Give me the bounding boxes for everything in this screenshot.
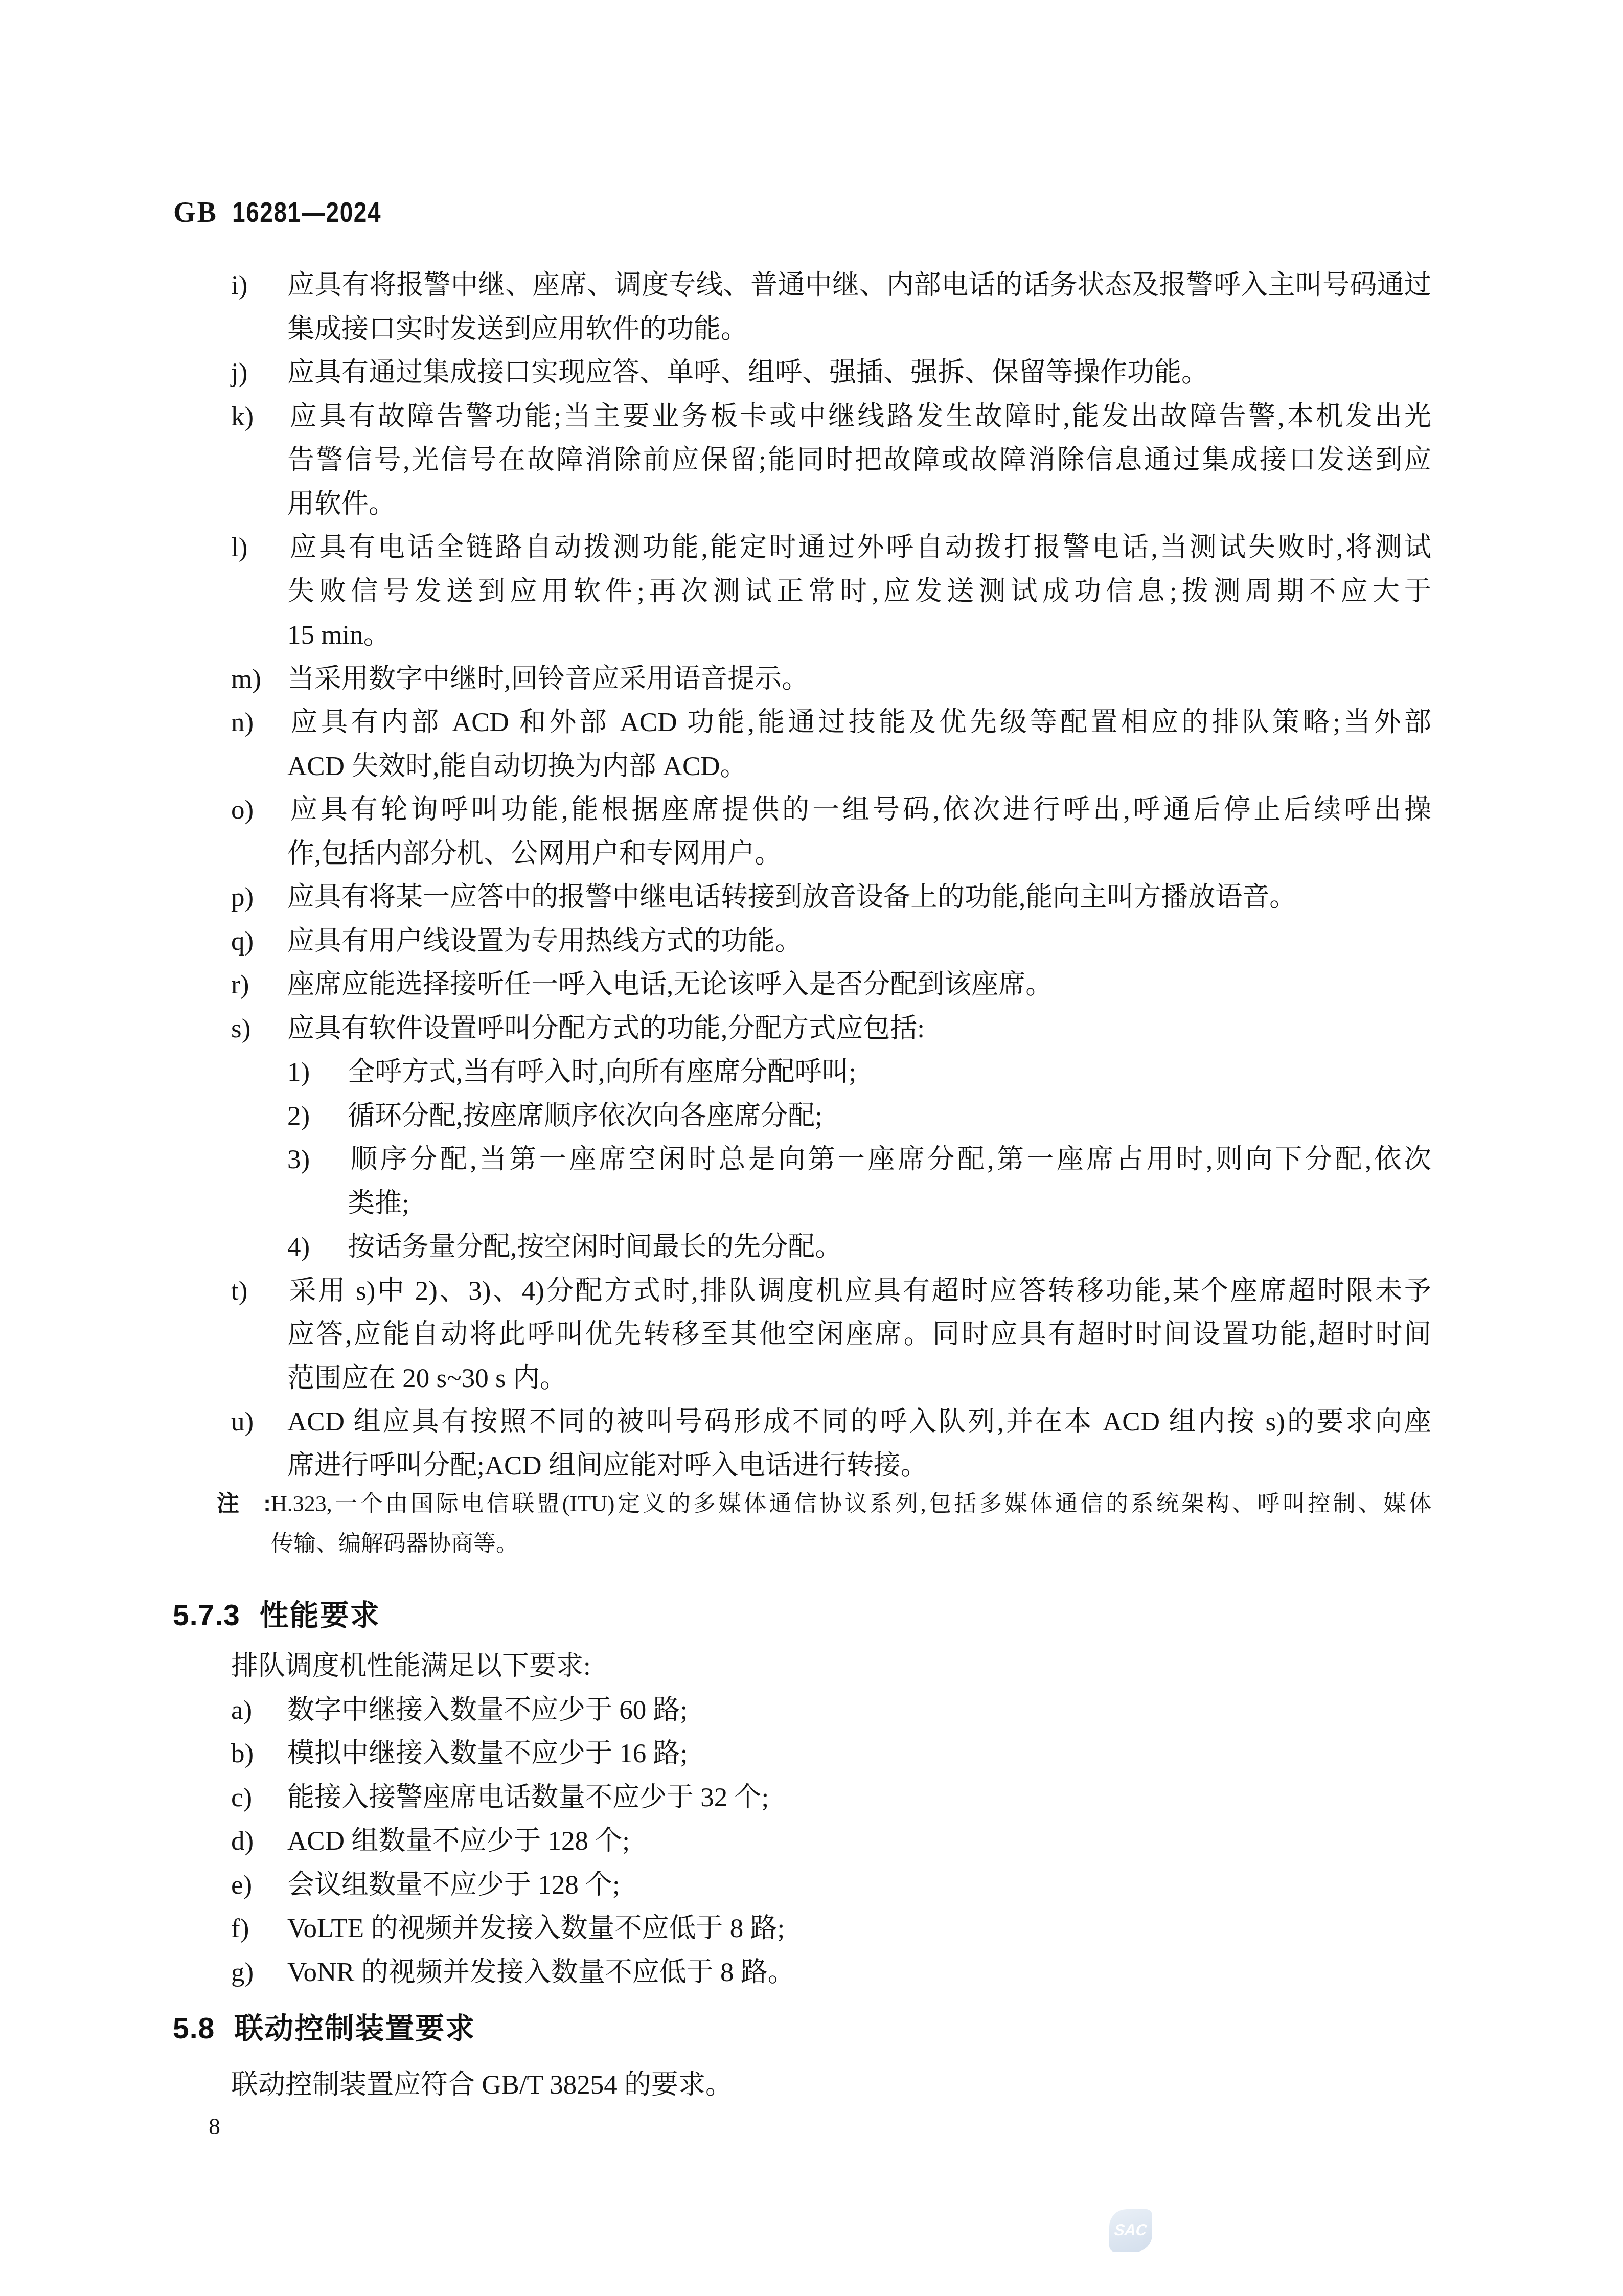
list-item-label: 1) bbox=[287, 1051, 348, 1095]
list-item-text: 应具有用户线设置为专用热线方式的功能。 bbox=[287, 926, 802, 956]
note-label: 注: bbox=[217, 1486, 271, 1522]
list-item-text: ACD 失效时,能自动切换为内部 ACD。 bbox=[287, 752, 747, 781]
list-item-label: a) bbox=[231, 1689, 287, 1733]
list-item-label: d) bbox=[231, 1820, 287, 1863]
list-item-label: e) bbox=[231, 1863, 287, 1907]
list-item-label: 4) bbox=[287, 1225, 348, 1269]
standard-number-header: GB16281—2024 bbox=[173, 196, 414, 229]
list-item-label: i) bbox=[231, 264, 287, 308]
list-item-label: f) bbox=[231, 1907, 287, 1951]
list-item-text: 应具有内部 ACD 和外部 ACD 功能,能通过技能及优先级等配置相应的排队策略… bbox=[287, 708, 1431, 737]
list-item-text: 模拟中继接入数量不应少于 16 路; bbox=[287, 1739, 688, 1768]
text-line: 15 min。 bbox=[287, 613, 391, 657]
list-item-label: s) bbox=[231, 1007, 287, 1051]
text-line: 用软件。 bbox=[287, 483, 396, 527]
text-line: q)应具有用户线设置为专用热线方式的功能。 bbox=[231, 920, 802, 964]
list-item-text: 应具有通过集成接口实现应答、单呼、组呼、强插、强拆、保留等操作功能。 bbox=[287, 358, 1208, 388]
performance-line: f)VoLTE 的视频并发接入数量不应低于 8 路; bbox=[231, 1907, 785, 1951]
text-line: m)当采用数字中继时,回铃音应采用语音提示。 bbox=[231, 657, 809, 701]
list-item-text: ACD 组数量不应少于 128 个; bbox=[287, 1826, 630, 1856]
performance-line: d)ACD 组数量不应少于 128 个; bbox=[231, 1820, 630, 1863]
section-title: 联动控制装置要求 bbox=[234, 2012, 475, 2045]
text-line: 集成接口实时发送到应用软件的功能。 bbox=[287, 308, 748, 352]
section-heading-linkage: 5.8联动控制装置要求 bbox=[173, 2008, 475, 2049]
list-item-label: m) bbox=[231, 657, 287, 701]
text-line: 作,包括内部分机、公网用户和专网用户。 bbox=[287, 832, 782, 876]
list-item-text: 范围应在 20 s~30 s 内。 bbox=[287, 1363, 567, 1393]
list-item-text: 全呼方式,当有呼入时,向所有座席分配呼叫; bbox=[348, 1057, 856, 1087]
performance-line: e)会议组数量不应少于 128 个; bbox=[231, 1863, 620, 1907]
list-item-text: 座席应能选择接听任一呼入电话,无论该呼入是否分配到该座席。 bbox=[287, 970, 1053, 999]
text-line: 失败信号发送到应用软件;再次测试正常时,应发送测试成功信息;拨测周期不应大于 bbox=[287, 570, 1431, 614]
list-item-text: VoNR 的视频并发接入数量不应低于 8 路。 bbox=[287, 1958, 795, 1987]
section-title: 性能要求 bbox=[260, 1599, 380, 1632]
note-line: 注:H.323,一个由国际电信联盟(ITU)定义的多媒体通信协议系列,包括多媒体… bbox=[217, 1486, 1431, 1522]
document-page: GB16281—2024 i)应具有将报警中继、座席、调度专线、普通中继、内部电… bbox=[0, 0, 1623, 2296]
list-item-text: 应具有电话全链路自动拨测功能,能定时通过外呼自动拨打报警电话,当测试失败时,将测… bbox=[287, 533, 1431, 562]
list-item-text: 失败信号发送到应用软件;再次测试正常时,应发送测试成功信息;拨测周期不应大于 bbox=[287, 577, 1431, 606]
performance-line: b)模拟中继接入数量不应少于 16 路; bbox=[231, 1732, 688, 1776]
list-item-text: 席进行呼叫分配;ACD 组间应能对呼入电话进行转接。 bbox=[287, 1451, 928, 1481]
list-item-text: 应具有将报警中继、座席、调度专线、普通中继、内部电话的话务状态及报警呼入主叫号码… bbox=[287, 270, 1431, 300]
list-item-label: 2) bbox=[287, 1095, 348, 1139]
list-item-label: t) bbox=[231, 1269, 287, 1313]
text-line: 告警信号,光信号在故障消除前应保留;能同时把故障或故障消除信息通过集成接口发送到… bbox=[287, 439, 1431, 483]
performance-line: a)数字中继接入数量不应少于 60 路; bbox=[231, 1689, 688, 1733]
list-item-text: VoLTE 的视频并发接入数量不应低于 8 路; bbox=[287, 1914, 785, 1943]
text-line: 席进行呼叫分配;ACD 组间应能对呼入电话进行转接。 bbox=[287, 1444, 928, 1488]
performance-line: 排队调度机性能满足以下要求: bbox=[231, 1645, 591, 1689]
text-line: r)座席应能选择接听任一呼入电话,无论该呼入是否分配到该座席。 bbox=[231, 963, 1053, 1007]
list-item-text: 当采用数字中继时,回铃音应采用语音提示。 bbox=[287, 664, 809, 694]
list-item-text: 应具有软件设置呼叫分配方式的功能,分配方式应包括: bbox=[287, 1014, 925, 1043]
performance-line: g)VoNR 的视频并发接入数量不应低于 8 路。 bbox=[231, 1951, 795, 1995]
list-item-text: 采用 s)中 2)、3)、4)分配方式时,排队调度机应具有超时应答转移功能,某个… bbox=[287, 1276, 1431, 1306]
list-item-text: 能接入接警座席电话数量不应少于 32 个; bbox=[287, 1783, 769, 1812]
text-line: 4)按话务量分配,按空闲时间最长的先分配。 bbox=[287, 1225, 842, 1269]
text-line: s)应具有软件设置呼叫分配方式的功能,分配方式应包括: bbox=[231, 1007, 925, 1051]
closing-paragraph: 联动控制装置应符合 GB/T 38254 的要求。 bbox=[231, 2063, 733, 2107]
sac-logo-text: SAC bbox=[1114, 2222, 1148, 2239]
text-line: i)应具有将报警中继、座席、调度专线、普通中继、内部电话的话务状态及报警呼入主叫… bbox=[231, 264, 1431, 308]
text-line: t)采用 s)中 2)、3)、4)分配方式时,排队调度机应具有超时应答转移功能,… bbox=[231, 1269, 1431, 1313]
list-item-label: c) bbox=[231, 1776, 287, 1820]
text-line: j)应具有通过集成接口实现应答、单呼、组呼、强插、强拆、保留等操作功能。 bbox=[231, 351, 1208, 395]
list-item-label: g) bbox=[231, 1951, 287, 1995]
list-item-text: 循环分配,按座席顺序依次向各座席分配; bbox=[348, 1101, 822, 1131]
list-item-label: k) bbox=[231, 395, 287, 439]
text-line: 3)顺序分配,当第一座席空闲时总是向第一座席分配,第一座席占用时,则向下分配,依… bbox=[287, 1138, 1431, 1182]
list-item-text: ACD 组应具有按照不同的被叫号码形成不同的呼入队列,并在本 ACD 组内按 s… bbox=[287, 1407, 1431, 1437]
list-item-label: b) bbox=[231, 1732, 287, 1776]
text-line: p)应具有将某一应答中的报警中继电话转接到放音设备上的功能,能向主叫方播放语音。 bbox=[231, 876, 1296, 920]
list-item-text: 类推; bbox=[348, 1189, 409, 1218]
list-item-label: 3) bbox=[287, 1138, 348, 1182]
section-heading-performance: 5.7.3性能要求 bbox=[173, 1595, 380, 1636]
text-line: k)应具有故障告警功能;当主要业务板卡或中继线路发生故障时,能发出故障告警,本机… bbox=[231, 395, 1431, 439]
list-item-text: 应答,应能自动将此呼叫优先转移至其他空闲座席。同时应具有超时时间设置功能,超时时… bbox=[287, 1320, 1431, 1349]
list-item-text: 告警信号,光信号在故障消除前应保留;能同时把故障或故障消除信息通过集成接口发送到… bbox=[287, 445, 1431, 475]
list-item-text: 按话务量分配,按空闲时间最长的先分配。 bbox=[348, 1232, 842, 1262]
list-item-text: 应具有将某一应答中的报警中继电话转接到放音设备上的功能,能向主叫方播放语音。 bbox=[287, 882, 1296, 912]
text-line: 1)全呼方式,当有呼入时,向所有座席分配呼叫; bbox=[287, 1051, 856, 1095]
text-line: 类推; bbox=[348, 1182, 409, 1226]
section-number: 5.8 bbox=[173, 2012, 215, 2045]
list-item-text: 应具有轮询呼叫功能,能根据座席提供的一组号码,依次进行呼出,呼通后停止后续呼出操 bbox=[287, 795, 1431, 825]
sac-watermark-logo: SAC bbox=[1109, 2209, 1152, 2252]
list-item-text: 排队调度机性能满足以下要求: bbox=[231, 1651, 591, 1681]
list-item-text: 用软件。 bbox=[287, 489, 396, 519]
list-item-text: 15 min。 bbox=[287, 620, 391, 650]
text-line: o)应具有轮询呼叫功能,能根据座席提供的一组号码,依次进行呼出,呼通后停止后续呼… bbox=[231, 788, 1431, 832]
list-item-text: 顺序分配,当第一座席空闲时总是向第一座席分配,第一座席占用时,则向下分配,依次 bbox=[348, 1145, 1431, 1174]
list-item-text: 集成接口实时发送到应用软件的功能。 bbox=[287, 314, 748, 344]
text-line: 范围应在 20 s~30 s 内。 bbox=[287, 1357, 567, 1401]
list-item-text: 会议组数量不应少于 128 个; bbox=[287, 1870, 620, 1900]
list-item-label: j) bbox=[231, 351, 287, 395]
standard-code-label: GB bbox=[173, 197, 218, 229]
list-item-label: p) bbox=[231, 876, 287, 920]
text-line: 2)循环分配,按座席顺序依次向各座席分配; bbox=[287, 1095, 822, 1139]
note-text: 传输、编解码器协商等。 bbox=[271, 1531, 518, 1556]
text-line: n)应具有内部 ACD 和外部 ACD 功能,能通过技能及优先级等配置相应的排队… bbox=[231, 701, 1431, 745]
page-number: 8 bbox=[209, 2111, 220, 2142]
note-line: 传输、编解码器协商等。 bbox=[271, 1526, 518, 1562]
standard-number: 16281—2024 bbox=[232, 196, 381, 229]
list-item-label: o) bbox=[231, 788, 287, 832]
text-line: ACD 失效时,能自动切换为内部 ACD。 bbox=[287, 745, 747, 789]
list-item-label: n) bbox=[231, 701, 287, 745]
text-line: 应答,应能自动将此呼叫优先转移至其他空闲座席。同时应具有超时时间设置功能,超时时… bbox=[287, 1313, 1431, 1357]
text-line: u)ACD 组应具有按照不同的被叫号码形成不同的呼入队列,并在本 ACD 组内按… bbox=[231, 1400, 1431, 1444]
list-item-label: q) bbox=[231, 920, 287, 964]
list-item-label: r) bbox=[231, 963, 287, 1007]
text-line: l)应具有电话全链路自动拨测功能,能定时通过外呼自动拨打报警电话,当测试失败时,… bbox=[231, 526, 1431, 570]
list-item-text: 作,包括内部分机、公网用户和专网用户。 bbox=[287, 839, 782, 869]
list-item-text: 数字中继接入数量不应少于 60 路; bbox=[287, 1695, 688, 1725]
list-item-label: u) bbox=[231, 1400, 287, 1444]
list-item-label: l) bbox=[231, 526, 287, 570]
section-number: 5.7.3 bbox=[173, 1599, 240, 1632]
list-item-text: 应具有故障告警功能;当主要业务板卡或中继线路发生故障时,能发出故障告警,本机发出… bbox=[287, 402, 1431, 431]
note-text: H.323,一个由国际电信联盟(ITU)定义的多媒体通信协议系列,包括多媒体通信… bbox=[271, 1491, 1431, 1516]
performance-line: c)能接入接警座席电话数量不应少于 32 个; bbox=[231, 1776, 769, 1820]
